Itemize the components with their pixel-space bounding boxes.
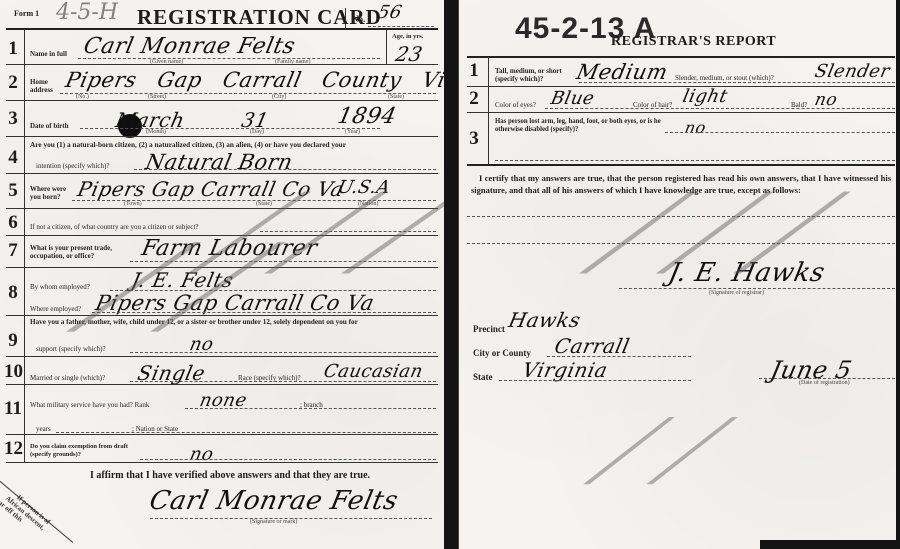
state-value: Virginia <box>520 358 610 382</box>
eye-color-value: Blue <box>549 88 597 109</box>
marital-label: Married or single (which)? <box>30 374 105 382</box>
name-label: Name in full <box>30 50 67 58</box>
date-label: (Date of registration) <box>799 380 850 386</box>
registration-card: Form 1 4-5-H REGISTRATION CARD No. 56 1 … <box>0 0 445 549</box>
row-number: 1 <box>4 38 22 60</box>
tear-off-note: If person is of African descent, tear of… <box>0 478 52 544</box>
bald-value: no <box>813 90 839 110</box>
hair-color-value: light <box>681 86 730 107</box>
height-value: Medium <box>574 60 670 84</box>
no-label: No. <box>352 14 365 24</box>
pencil-marking: ⟋⟋⟋ <box>179 170 445 300</box>
disability-label: Has person lost arm, leg, hand, foot, or… <box>495 118 665 134</box>
pencil-marking: ⟋⟋⟋ <box>573 170 836 300</box>
county-label: City or County <box>473 348 531 358</box>
home-address: Pipers Gap Carrall County Virginia <box>63 68 445 92</box>
dob-label: Date of birth <box>30 122 69 130</box>
birth-year: 1894 <box>335 104 398 129</box>
citizenship-question: Are you (1) a natural-born citizen, (2) … <box>30 140 346 149</box>
precinct-value: Hawks <box>506 308 582 332</box>
age-value: 23 <box>393 42 425 66</box>
build-value: Slender <box>813 61 892 82</box>
disability-value: no <box>683 118 708 137</box>
precinct-label: Precinct <box>473 324 505 334</box>
birthplace-label: Where were you born? <box>30 185 70 201</box>
report-title: REGISTRAR'S REPORT <box>611 34 776 50</box>
card-number: 56 <box>376 2 404 23</box>
pencil-number: 4-5-H <box>56 0 118 25</box>
home-address-label: Home address <box>30 78 60 94</box>
county-value: Carrall <box>552 334 632 358</box>
build-label: Slender, medium, or stout (which)? <box>675 74 774 82</box>
affirmation-text: I affirm that I have verified above answ… <box>90 470 370 481</box>
eye-color-label: Color of eyes? <box>495 101 536 109</box>
military-label: What military service have you had? Rank <box>30 401 149 409</box>
height-label: Tall, medium, or short (specify which)? <box>495 67 585 83</box>
registrant-signature: Carl Monrae Felts <box>147 486 401 516</box>
full-name: Carl Monrae Felts <box>81 34 297 59</box>
exemption-label: Do you claim exemption from draft (speci… <box>30 443 140 459</box>
scan-edge <box>896 0 900 549</box>
pencil-marking: ⟋⟋ <box>580 400 725 506</box>
race-value: Caucasian <box>322 361 425 382</box>
age-label: Age, in yrs. <box>392 33 423 40</box>
signature-label: (Signature or mark) <box>250 519 297 525</box>
state-label: State <box>473 372 493 382</box>
registrars-report-card: 45-2-13 A REGISTRAR'S REPORT 1 Tall, med… <box>458 0 897 549</box>
form-label: Form 1 <box>14 9 39 18</box>
card-divider <box>444 0 458 549</box>
scan-edge <box>760 540 900 549</box>
